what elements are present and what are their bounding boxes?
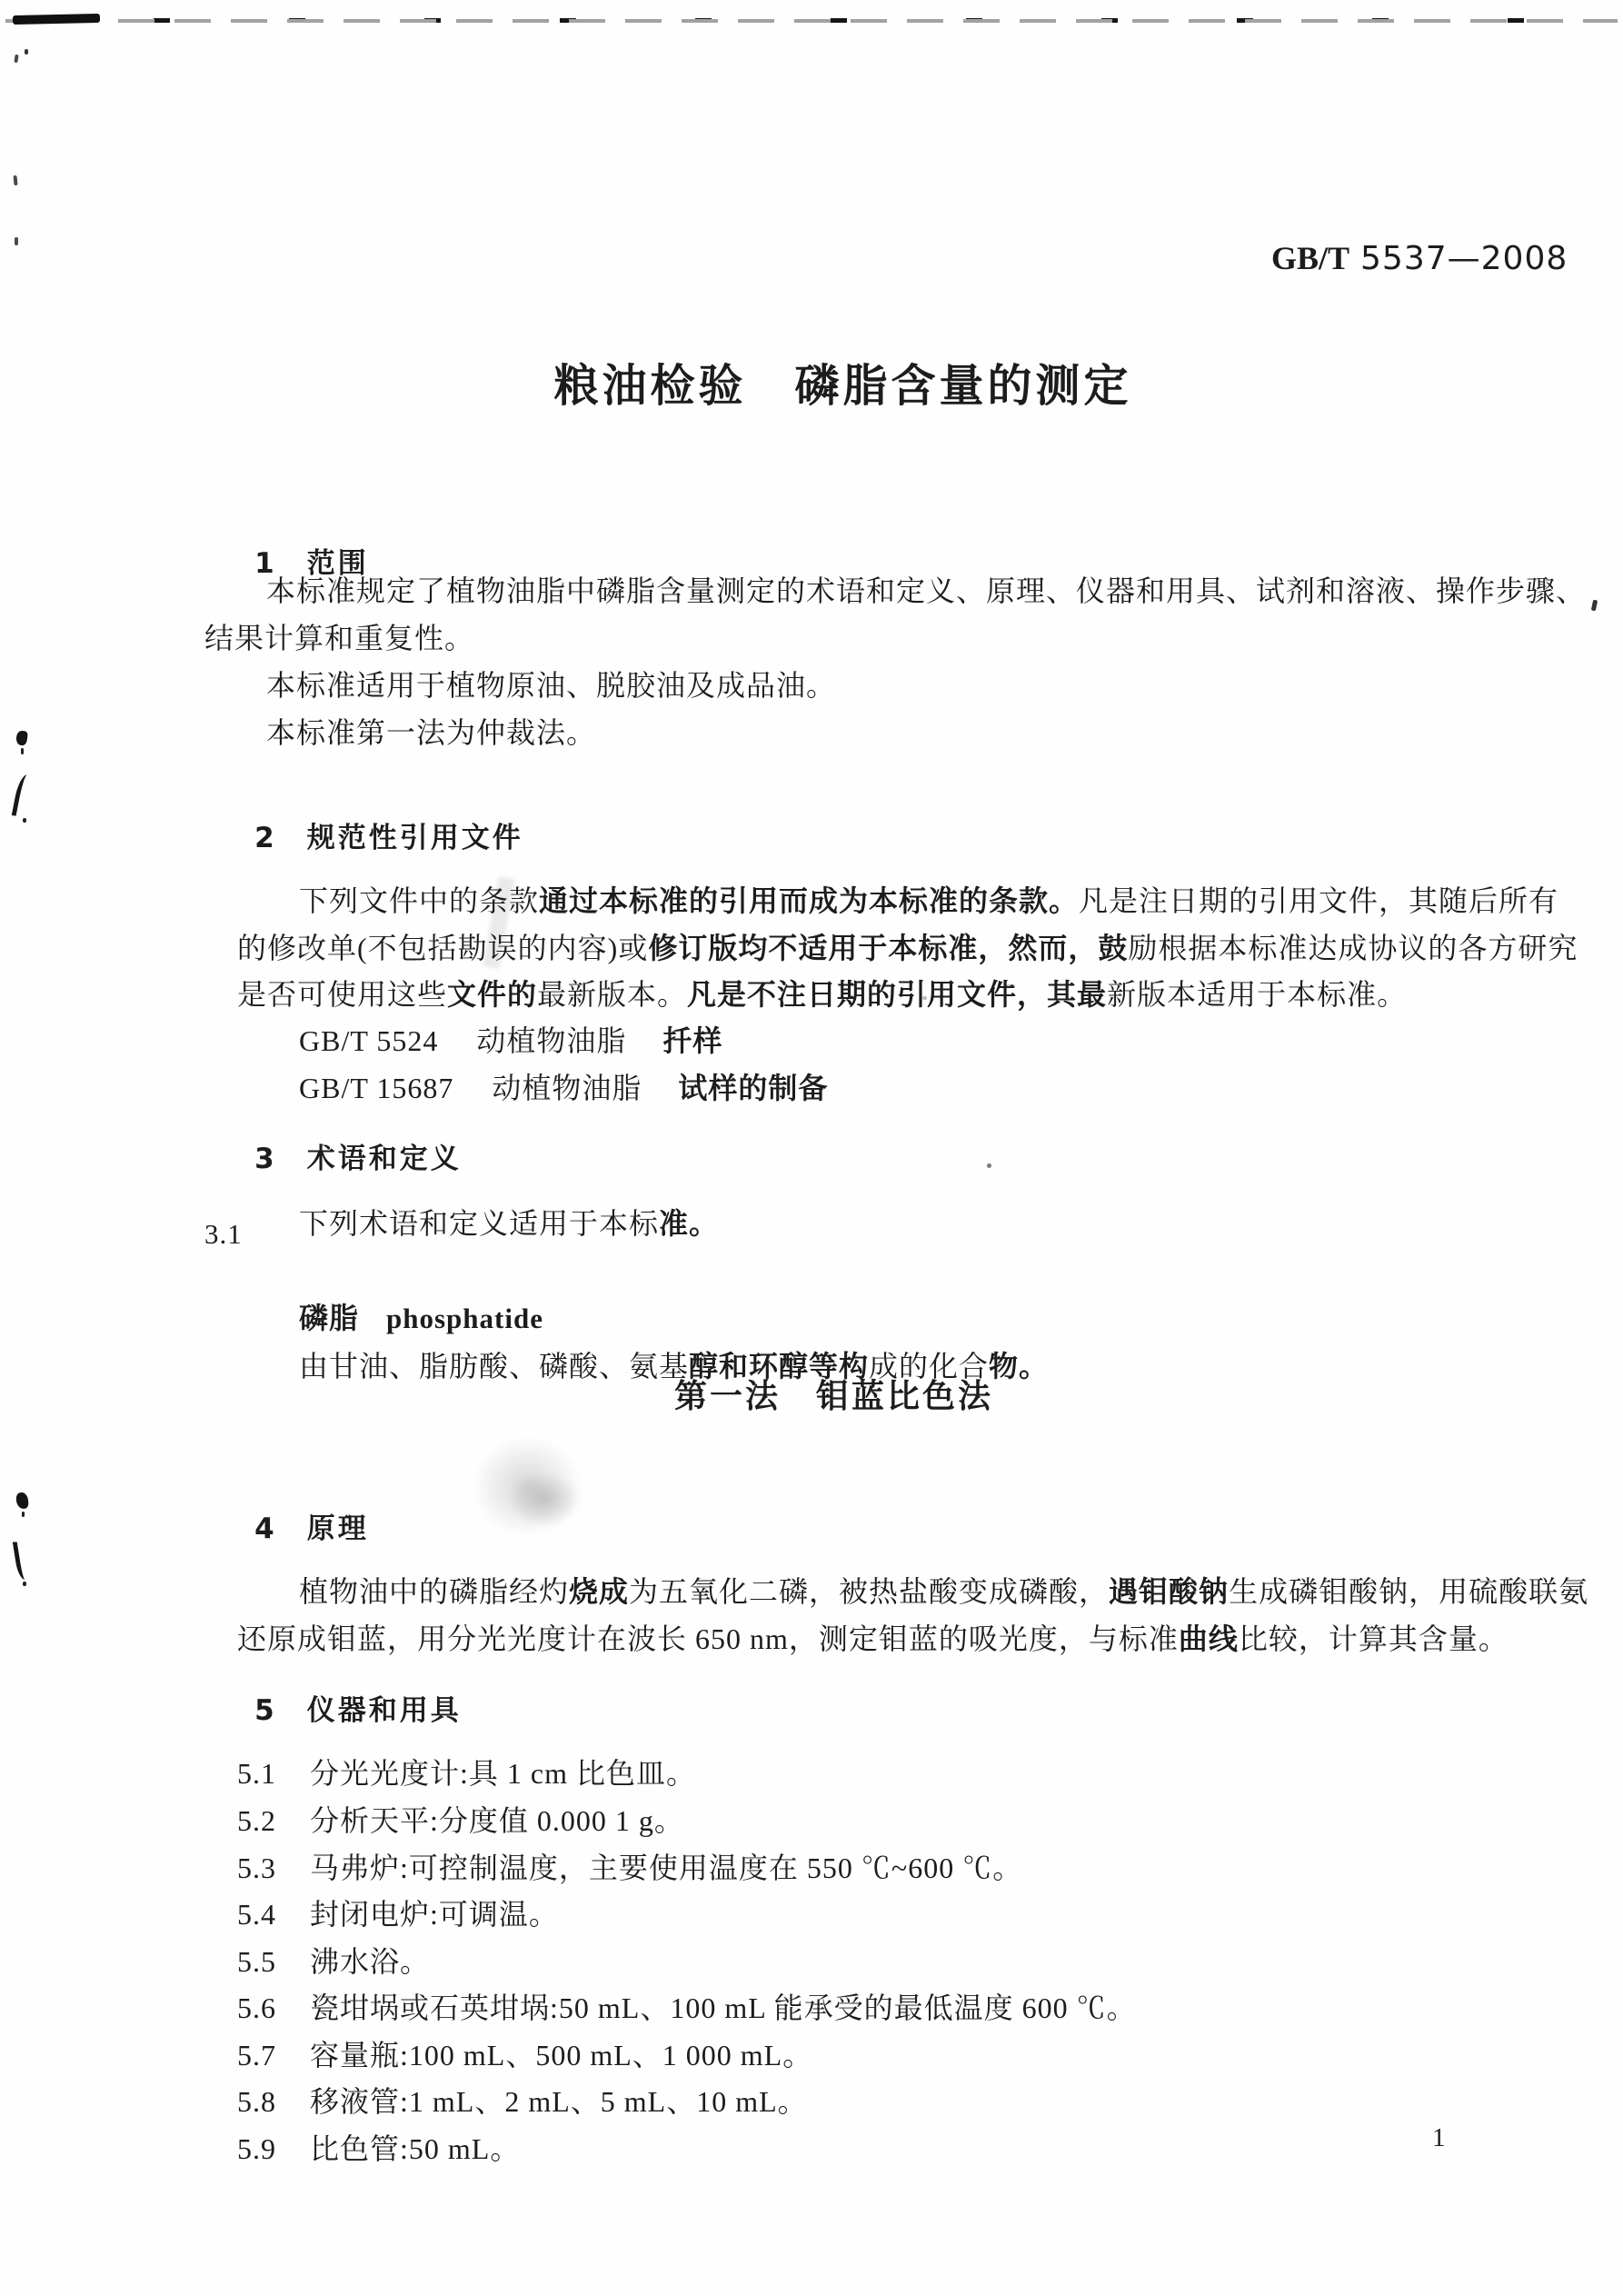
reference-code: GB/T 15687 [299, 1072, 453, 1104]
paragraph-line: 本标准适用于植物原油、脱胶油及成品油。 [266, 667, 836, 704]
document-page: GB/T5537—2008 粮油检验 磷脂含量的测定 1范围 本标准规定了植物油… [0, 0, 1623, 2296]
scan-speck [15, 237, 18, 245]
scan-margin-squiggle [13, 1542, 32, 1580]
paragraph-line: 结果计算和重复性。 [204, 620, 474, 656]
scan-top-edge-dashes [5, 17, 1618, 25]
instrument-item: 5.9比色管:50 mL。 [204, 2094, 520, 2203]
document-title: 粮油检验 磷脂含量的测定 [204, 351, 1481, 414]
scan-margin-mark [15, 730, 28, 746]
reference-title: 试样的制备 [678, 1072, 828, 1104]
subclause-number: 3.1 [204, 1216, 243, 1253]
scan-speck [13, 175, 17, 185]
scan-right-edge-mark [1591, 600, 1598, 612]
scan-speck [23, 818, 26, 823]
paragraph-line: 下列术语和定义适用于本标准。 [266, 1169, 719, 1278]
scan-margin-mark [15, 1492, 29, 1509]
scan-margin-squiggle [12, 774, 33, 816]
page-number: 1 [1432, 2123, 1446, 2153]
item-text: 比色管:50 mL。 [310, 2132, 520, 2165]
scan-speck [22, 1512, 25, 1517]
scan-margin-mark [21, 748, 24, 754]
scan-smudge [509, 1472, 582, 1527]
standard-code: GB/T5537—2008 [1239, 201, 1568, 315]
scan-speck [23, 1582, 26, 1586]
reference-subject: 动植物油脂 [492, 1072, 642, 1104]
paragraph-line: 本标准第一法为仲裁法。 [266, 714, 596, 751]
method-1-heading: 第一法 钼蓝比色法 [195, 1371, 1472, 1417]
item-number: 5.9 [237, 2131, 310, 2167]
standard-code-prefix: GB/T [1271, 240, 1349, 276]
standard-code-number: 5537—2008 [1360, 240, 1568, 277]
scan-top-left-blob [13, 14, 100, 25]
scan-speck [987, 1163, 991, 1168]
scan-speck [25, 49, 28, 55]
paragraph-line: 本标准规定了植物油脂中磷脂含量测定的术语和定义、原理、仪器和用具、试剂和溶液、操… [266, 573, 1586, 609]
scan-speck [14, 55, 18, 63]
